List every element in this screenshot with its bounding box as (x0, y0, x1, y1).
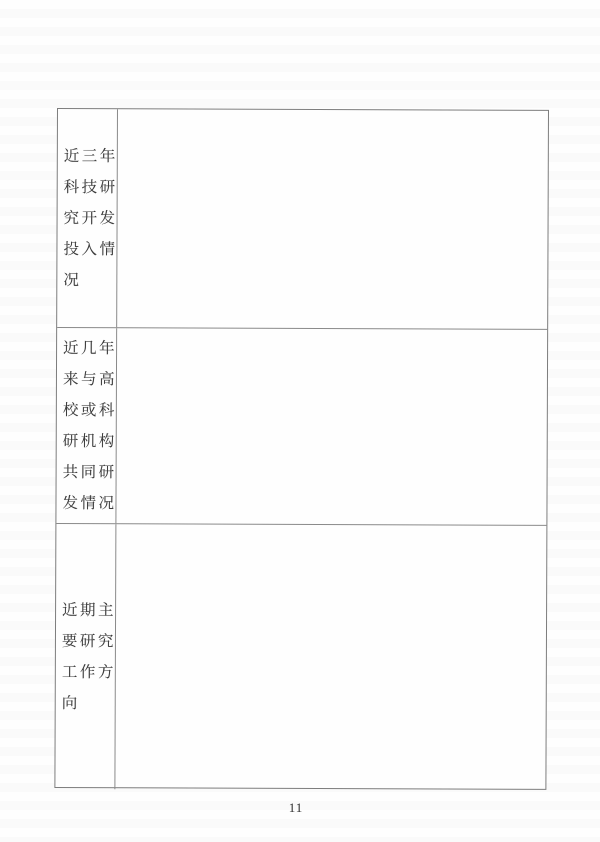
label-line: 近三年 (64, 141, 117, 172)
label-line: 要研究 (62, 626, 115, 657)
label-line: 来与高 (63, 364, 116, 395)
cell-joint-rd-content (116, 328, 547, 525)
label-line: 校或科 (63, 395, 116, 426)
form-table: 近三年 科技研 究开发 投入情 况 近几年 来与高 校或科 研机构 共同研 发情… (54, 108, 549, 790)
label-line: 工作方 (62, 657, 115, 688)
label-recent-research-direction: 近期主 要研究 工作方 向 (55, 524, 116, 789)
label-line: 共同研 (63, 457, 116, 488)
label-line: 科技研 (64, 172, 117, 203)
form-table-row-rd-investment: 近三年 科技研 究开发 投入情 况 (57, 109, 548, 330)
label-line: 发情况 (62, 488, 115, 519)
label-line: 向 (62, 688, 115, 719)
label-line: 究开发 (64, 203, 117, 234)
label-line: 况 (63, 265, 116, 296)
label-line: 投入情 (63, 234, 116, 265)
label-line: 近期主 (62, 595, 115, 626)
cell-rd-investment-content (117, 109, 548, 329)
form-table-row-research-direction: 近期主 要研究 工作方 向 (55, 524, 546, 791)
label-rd-investment-3yr: 近三年 科技研 究开发 投入情 况 (57, 109, 118, 327)
scanned-form-page: 近三年 科技研 究开发 投入情 况 近几年 来与高 校或科 研机构 共同研 发情… (0, 0, 600, 842)
label-line: 近几年 (63, 333, 116, 364)
label-line: 研机构 (63, 426, 116, 457)
cell-research-direction-content (115, 524, 546, 791)
form-table-row-joint-rd: 近几年 来与高 校或科 研机构 共同研 发情况 (56, 328, 547, 526)
label-joint-rd-universities: 近几年 来与高 校或科 研机构 共同研 发情况 (56, 328, 117, 523)
page-number: 11 (0, 800, 592, 816)
